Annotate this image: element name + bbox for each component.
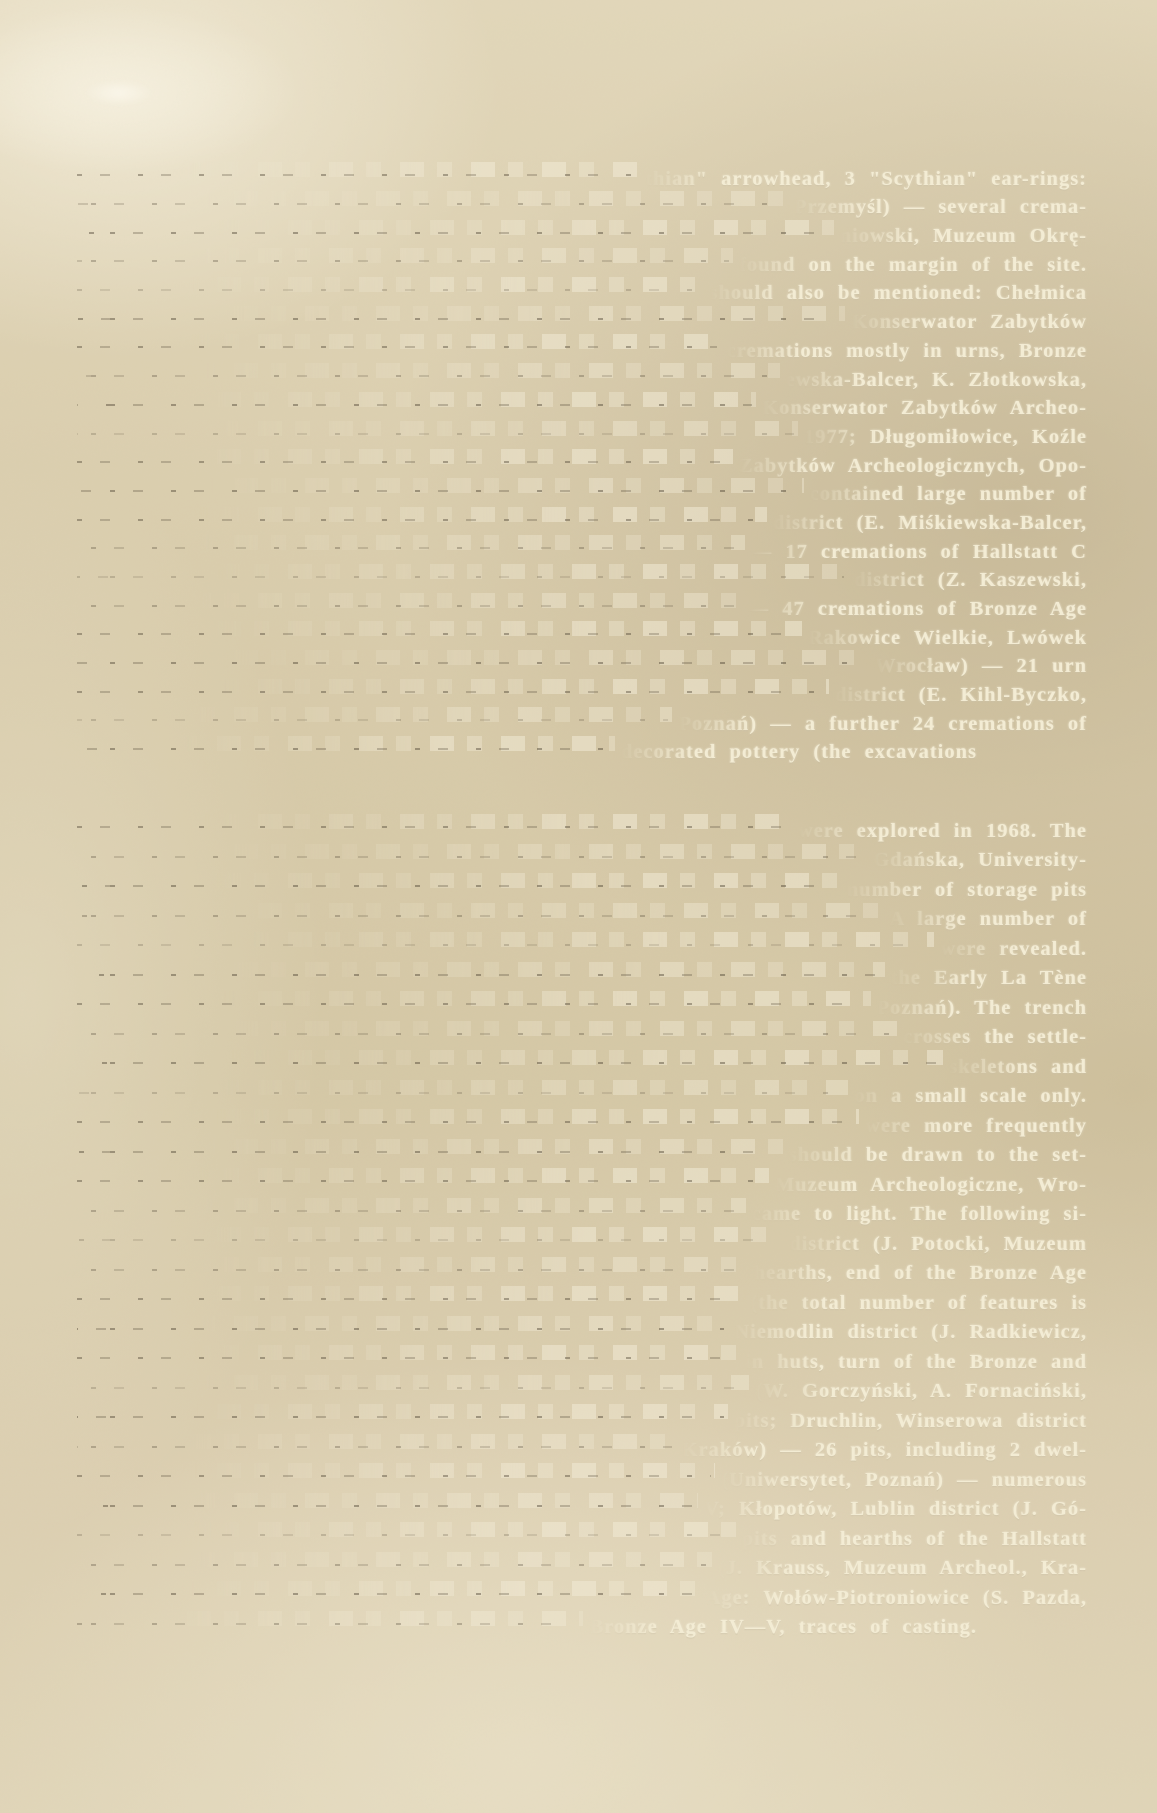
faded-ink-remnants [75, 1073, 854, 1103]
text-fragment: found on the margin of the site. [739, 251, 1087, 280]
text-fragment: Poznań) — a further 24 cremations of [678, 710, 1087, 739]
text-fragment: pits; Druchlin, Winserowa district [734, 1407, 1087, 1437]
faded-ink-remnants [75, 1456, 721, 1486]
text-fragment: on a small scale only. [854, 1082, 1087, 1112]
text-fragment: Muzeum Archeologiczne, Wro- [775, 1171, 1087, 1201]
text-fragment: came to light. The following si- [752, 1200, 1087, 1230]
text-fragment: decorated pottery (the excavations [621, 738, 977, 767]
text-fragment: Age: Wołów-Piotroniowice (S. Pazda, [706, 1584, 1088, 1614]
text-fragment: (Uniwersytet, Poznań) — numerous [721, 1466, 1087, 1496]
text-fragment: district (J. Potocki, Muzeum [789, 1230, 1087, 1260]
faded-ink-remnants [75, 500, 773, 529]
faded-ink-remnants [75, 1191, 752, 1221]
text-fragment: (J. Krauss, Muzeum Archeol., Kra- [718, 1554, 1087, 1584]
faded-ink-remnants [75, 443, 739, 472]
text-fragment: pits and hearths of the Hallstatt [742, 1525, 1087, 1555]
faded-ink-remnants [75, 1574, 706, 1604]
text-line: on a small scale only. [75, 1073, 1087, 1103]
faded-ink-remnants [75, 925, 940, 955]
text-line: skeletons and [75, 1043, 1087, 1073]
text-line: the Early La Tène [75, 955, 1087, 985]
faded-ink-remnants [75, 1427, 682, 1457]
faded-ink-remnants [75, 156, 645, 185]
faded-ink-remnants [75, 730, 621, 759]
faded-ink-remnants [75, 1309, 734, 1339]
page-text-block: thian" arrowhead, 3 "Scythian" ear-rings… [75, 156, 1087, 1633]
text-fragment: ewska-Balcer, K. Złotkowska, [786, 366, 1088, 395]
text-fragment: (W. Gorczyński, A. Fornaciński, [755, 1377, 1087, 1407]
faded-ink-remnants [75, 1132, 789, 1162]
faded-ink-remnants [75, 414, 804, 443]
text-line: were revealed. [75, 925, 1087, 955]
faded-ink-remnants [75, 213, 840, 242]
faded-ink-remnants [75, 1102, 865, 1132]
text-fragment: 1977; Długomiłowice, Koźle [804, 423, 1087, 452]
faded-ink-remnants [75, 1515, 742, 1545]
scanned-page: thian" arrowhead, 3 "Scythian" ear-rings… [0, 0, 1157, 1813]
text-fragment: should be drawn to the set- [789, 1141, 1087, 1171]
faded-ink-remnants [75, 1368, 755, 1398]
text-fragment: (the total number of features is [750, 1289, 1087, 1319]
faded-ink-remnants [75, 328, 727, 357]
text-fragment: V; Kłopotów, Lublin district (J. Gó- [704, 1495, 1087, 1525]
faded-ink-remnants [75, 1338, 745, 1368]
faded-ink-remnants [75, 807, 798, 837]
text-fragment: in huts, turn of the Bronze and [745, 1348, 1087, 1378]
paragraph: were explored in 1968. TheGdańska, Unive… [75, 807, 1087, 1633]
faded-ink-remnants [75, 896, 889, 926]
text-fragment: the Early La Tène [891, 964, 1088, 994]
text-fragment: Poznań). The trench [877, 994, 1087, 1024]
faded-ink-remnants [75, 242, 739, 271]
text-fragment: district (E. Miśkiewska-Balcer, [773, 509, 1087, 538]
text-fragment: were more frequently [865, 1112, 1087, 1142]
faded-ink-remnants [75, 955, 891, 985]
faded-ink-remnants [75, 1604, 589, 1634]
paragraph: thian" arrowhead, 3 "Scythian" ear-rings… [75, 156, 1087, 758]
faded-ink-remnants [75, 271, 710, 300]
faded-ink-remnants [75, 558, 854, 587]
text-fragment: Konserwator Zabytków [851, 308, 1087, 337]
faded-ink-remnants [75, 357, 786, 386]
text-line: thian" arrowhead, 3 "Scythian" ear-rings… [75, 156, 1087, 185]
faded-ink-remnants [75, 1014, 903, 1044]
text-fragment: were revealed. [940, 935, 1087, 965]
faded-ink-remnants [75, 866, 847, 896]
faded-ink-remnants [75, 472, 810, 501]
faded-ink-remnants [75, 299, 851, 328]
faded-ink-remnants [75, 1043, 949, 1073]
text-fragment: Kraków) — 26 pits, including 2 dwel- [682, 1436, 1087, 1466]
text-fragment: Konserwator Zabytków Archeo- [762, 394, 1087, 423]
faded-ink-remnants [75, 185, 794, 214]
text-line: were explored in 1968. The [75, 807, 1087, 837]
text-fragment: skeletons and [949, 1053, 1087, 1083]
text-fragment: Bronze Age IV—V, traces of casting. [589, 1613, 977, 1643]
faded-ink-remnants [75, 615, 808, 644]
faded-ink-remnants [75, 1279, 750, 1309]
faded-ink-remnants [75, 386, 762, 415]
faded-ink-remnants [75, 1397, 734, 1427]
text-fragment: Niemodlin district (J. Radkiewicz, [734, 1318, 1087, 1348]
faded-ink-remnants [75, 1161, 775, 1191]
text-fragment: Wrocław) — 21 urn [875, 652, 1087, 681]
faded-ink-remnants [75, 1545, 718, 1575]
faded-ink-remnants [75, 837, 873, 867]
faded-ink-remnants [75, 1486, 704, 1516]
text-fragment: district (E. Kihl-Byczko, [835, 681, 1087, 710]
text-fragment: niowski, Muzeum Okrę- [840, 222, 1087, 251]
text-fragment: district (Z. Kaszewski, [854, 566, 1087, 595]
faded-ink-remnants [75, 586, 748, 615]
faded-ink-remnants [75, 672, 835, 701]
text-fragment: hearths, end of the Bronze Age [754, 1259, 1087, 1289]
paper-blemish [84, 80, 154, 106]
faded-ink-remnants [75, 1250, 754, 1280]
text-fragment: Gdańska, University- [873, 846, 1087, 876]
faded-ink-remnants [75, 701, 678, 730]
faded-ink-remnants [75, 984, 877, 1014]
faded-ink-remnants [75, 529, 751, 558]
faded-ink-remnants [75, 644, 875, 673]
text-fragment: contained large number of [810, 480, 1087, 509]
faded-ink-remnants [75, 1220, 789, 1250]
